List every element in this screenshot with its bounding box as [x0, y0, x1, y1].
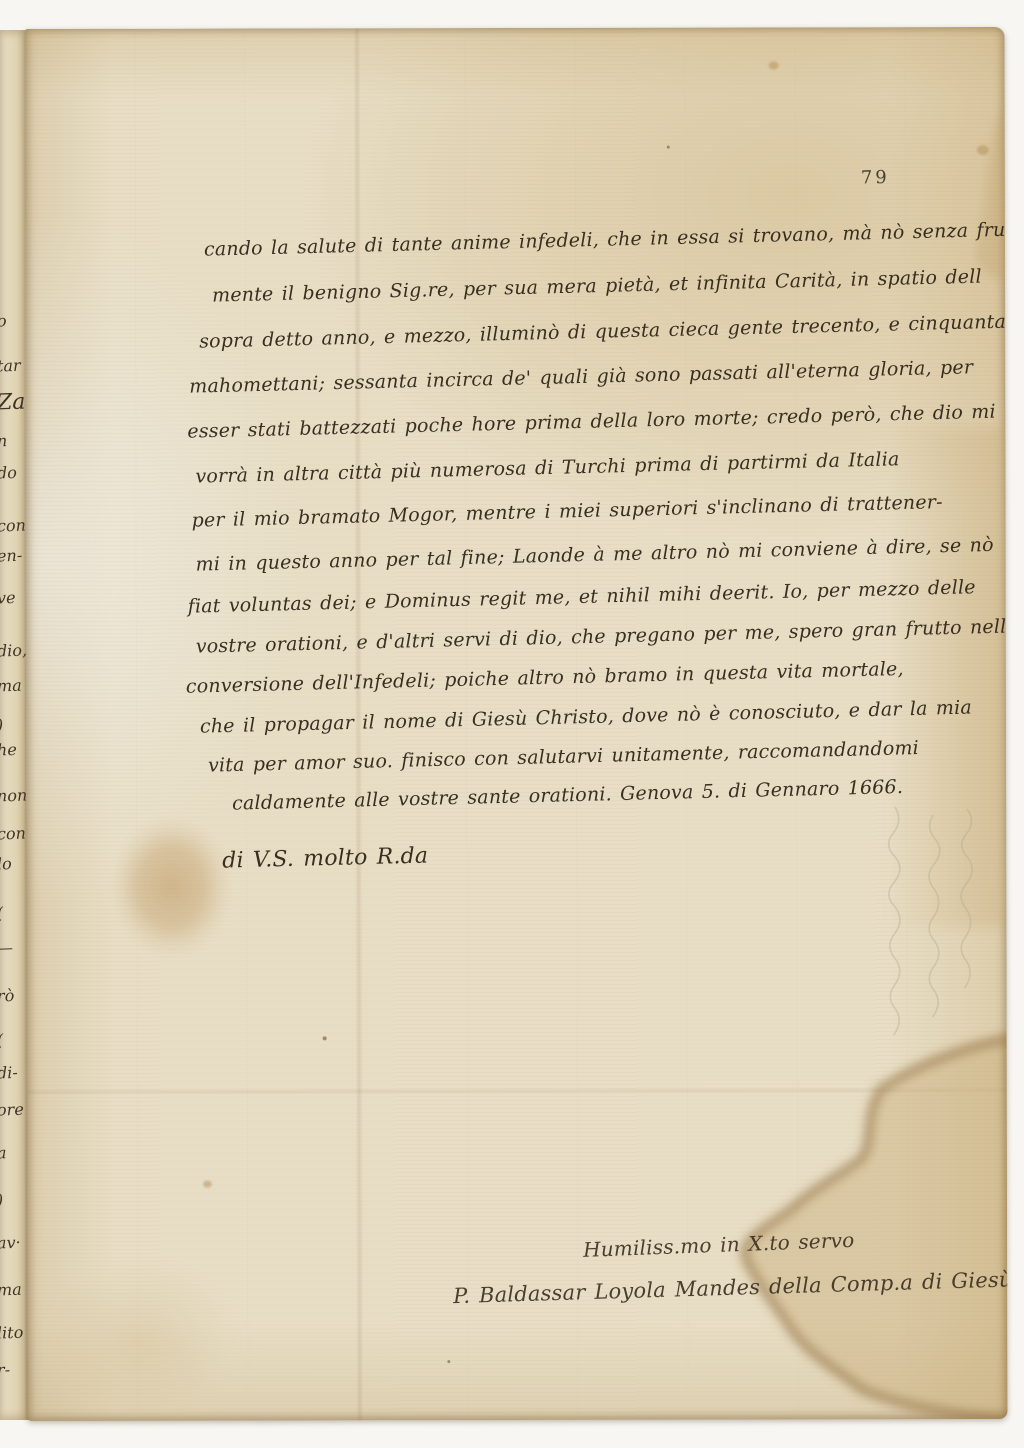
- edge-fragment: he: [0, 741, 29, 758]
- ink-speck: [447, 1360, 450, 1363]
- edge-fragment: non-: [0, 787, 29, 804]
- edge-fragment: lito: [0, 1324, 29, 1341]
- edge-fragment: ma: [0, 677, 29, 694]
- edge-fragment: (: [0, 904, 29, 921]
- edge-fragment: r-: [0, 1361, 29, 1378]
- folio-number: 79: [861, 167, 890, 189]
- edge-fragment: a: [0, 1144, 29, 1161]
- letter-page: 79 cando la salute di tante anime infede…: [25, 27, 1008, 1421]
- edge-fragment: ma: [0, 1281, 29, 1298]
- fox-spot: [769, 61, 779, 69]
- scanned-letter-page: o tar Za· n do con en- ve dio, ma ) he n…: [0, 0, 1024, 1448]
- edge-fragment: lo: [0, 855, 29, 872]
- fox-spot: [203, 1181, 212, 1188]
- ink-speck: [667, 146, 670, 149]
- edge-fragment: ): [0, 716, 29, 733]
- edge-fragment: ): [0, 1191, 29, 1208]
- ink-speck: [323, 1036, 327, 1040]
- edge-fragment: (: [0, 1031, 29, 1048]
- edge-fragment: di-: [0, 1064, 29, 1081]
- edge-fragment: rò: [0, 987, 29, 1004]
- bleedthrough-ghost-text: [867, 799, 998, 1059]
- edge-fragment: —: [0, 939, 29, 956]
- edge-fragment: con: [0, 825, 29, 842]
- fox-spot: [977, 145, 989, 155]
- valediction: di V.S. molto R.da: [222, 846, 428, 873]
- edge-fragment: ore: [0, 1101, 29, 1118]
- edge-fragment: av·: [0, 1234, 29, 1251]
